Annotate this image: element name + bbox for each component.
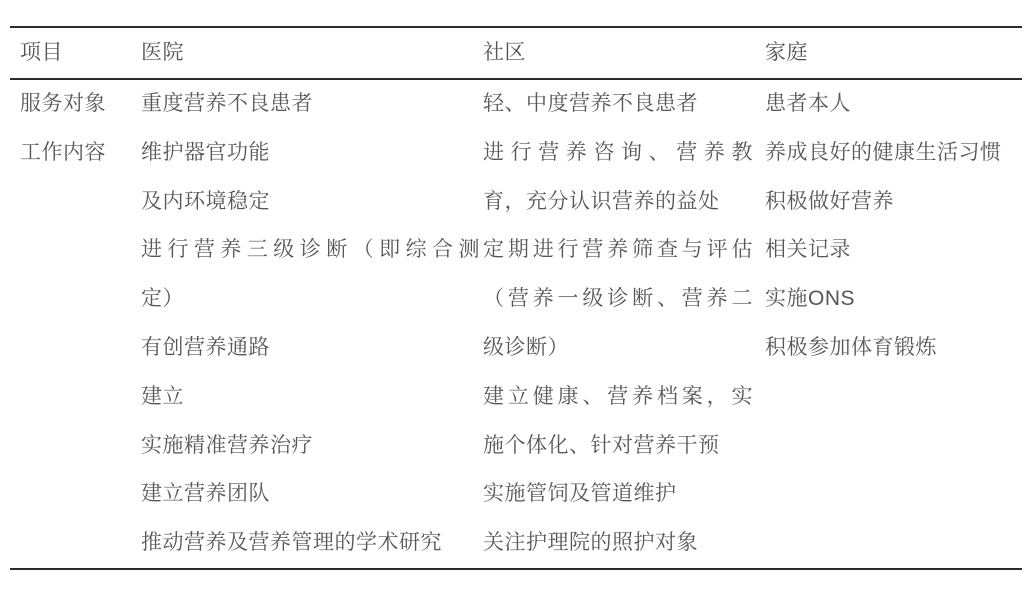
cell-line: 维护器官功能 [141, 129, 480, 178]
column-header-family: 家庭 [765, 28, 1022, 78]
cell-line: 有创营养通路 [141, 324, 480, 373]
cell-line: 及内环境稳定 [141, 178, 480, 227]
table-body: 服务对象 工作内容 重度营养不良患者 维护器官功能 及内环境稳定 进行营养三级诊… [10, 80, 1022, 568]
cell-line: 积极参加体育锻炼 [765, 324, 1020, 373]
column-header-item: 项目 [10, 28, 141, 78]
cell-line: 养成良好的健康生活习惯 [765, 129, 1020, 178]
nutrition-table: 项目 医院 社区 家庭 服务对象 工作内容 重度营养不良患者 维护器官功能 及内… [10, 26, 1022, 570]
column-hospital: 重度营养不良患者 维护器官功能 及内环境稳定 进行营养三级诊断（即综合测 定） … [141, 80, 483, 568]
row-label-work-content: 工作内容 [20, 129, 141, 178]
cell-line: 建立 [141, 373, 480, 422]
cell-line: 推动营养及营养管理的学术研究 [141, 519, 480, 568]
cell-line: 建立健康、营养档案，实 [483, 373, 753, 422]
cell-line: 患者本人 [765, 80, 1020, 129]
cell-line: 育，充分认识营养的益处 [483, 178, 753, 227]
cell-line: 进行营养咨询、营养教 [483, 129, 753, 178]
cell-line: 关注护理院的照护对象 [483, 519, 753, 568]
cell-line: 进行营养三级诊断（即综合测 [141, 226, 480, 275]
cell-line: 定期进行营养筛查与评估 [483, 226, 753, 275]
table-header-row: 项目 医院 社区 家庭 [10, 28, 1022, 80]
cell-line: 相关记录 [765, 226, 1020, 275]
cell-line: （营养一级诊断、营养二 [483, 275, 753, 324]
column-family: 患者本人 养成良好的健康生活习惯 积极做好营养 相关记录 实施ONS 积极参加体… [765, 80, 1022, 568]
cell-line: 重度营养不良患者 [141, 80, 480, 129]
row-label-service-target: 服务对象 [20, 80, 141, 129]
column-header-community: 社区 [483, 28, 765, 78]
column-community: 轻、中度营养不良患者 进行营养咨询、营养教 育，充分认识营养的益处 定期进行营养… [483, 80, 765, 568]
cell-line: 级诊断） [483, 324, 753, 373]
nutrition-management-table-page: 项目 医院 社区 家庭 服务对象 工作内容 重度营养不良患者 维护器官功能 及内… [0, 0, 1032, 590]
column-header-hospital: 医院 [141, 28, 483, 78]
cell-line: 积极做好营养 [765, 178, 1020, 227]
cell-line: 轻、中度营养不良患者 [483, 80, 753, 129]
cell-line: 实施管饲及管道维护 [483, 470, 753, 519]
cell-line: 实施ONS [765, 275, 1020, 324]
column-item: 服务对象 工作内容 [10, 80, 141, 568]
cell-line: 定） [141, 275, 480, 324]
cell-line: 建立营养团队 [141, 470, 480, 519]
cell-line: 施个体化、针对营养干预 [483, 422, 753, 471]
cell-line: 实施精准营养治疗 [141, 422, 480, 471]
